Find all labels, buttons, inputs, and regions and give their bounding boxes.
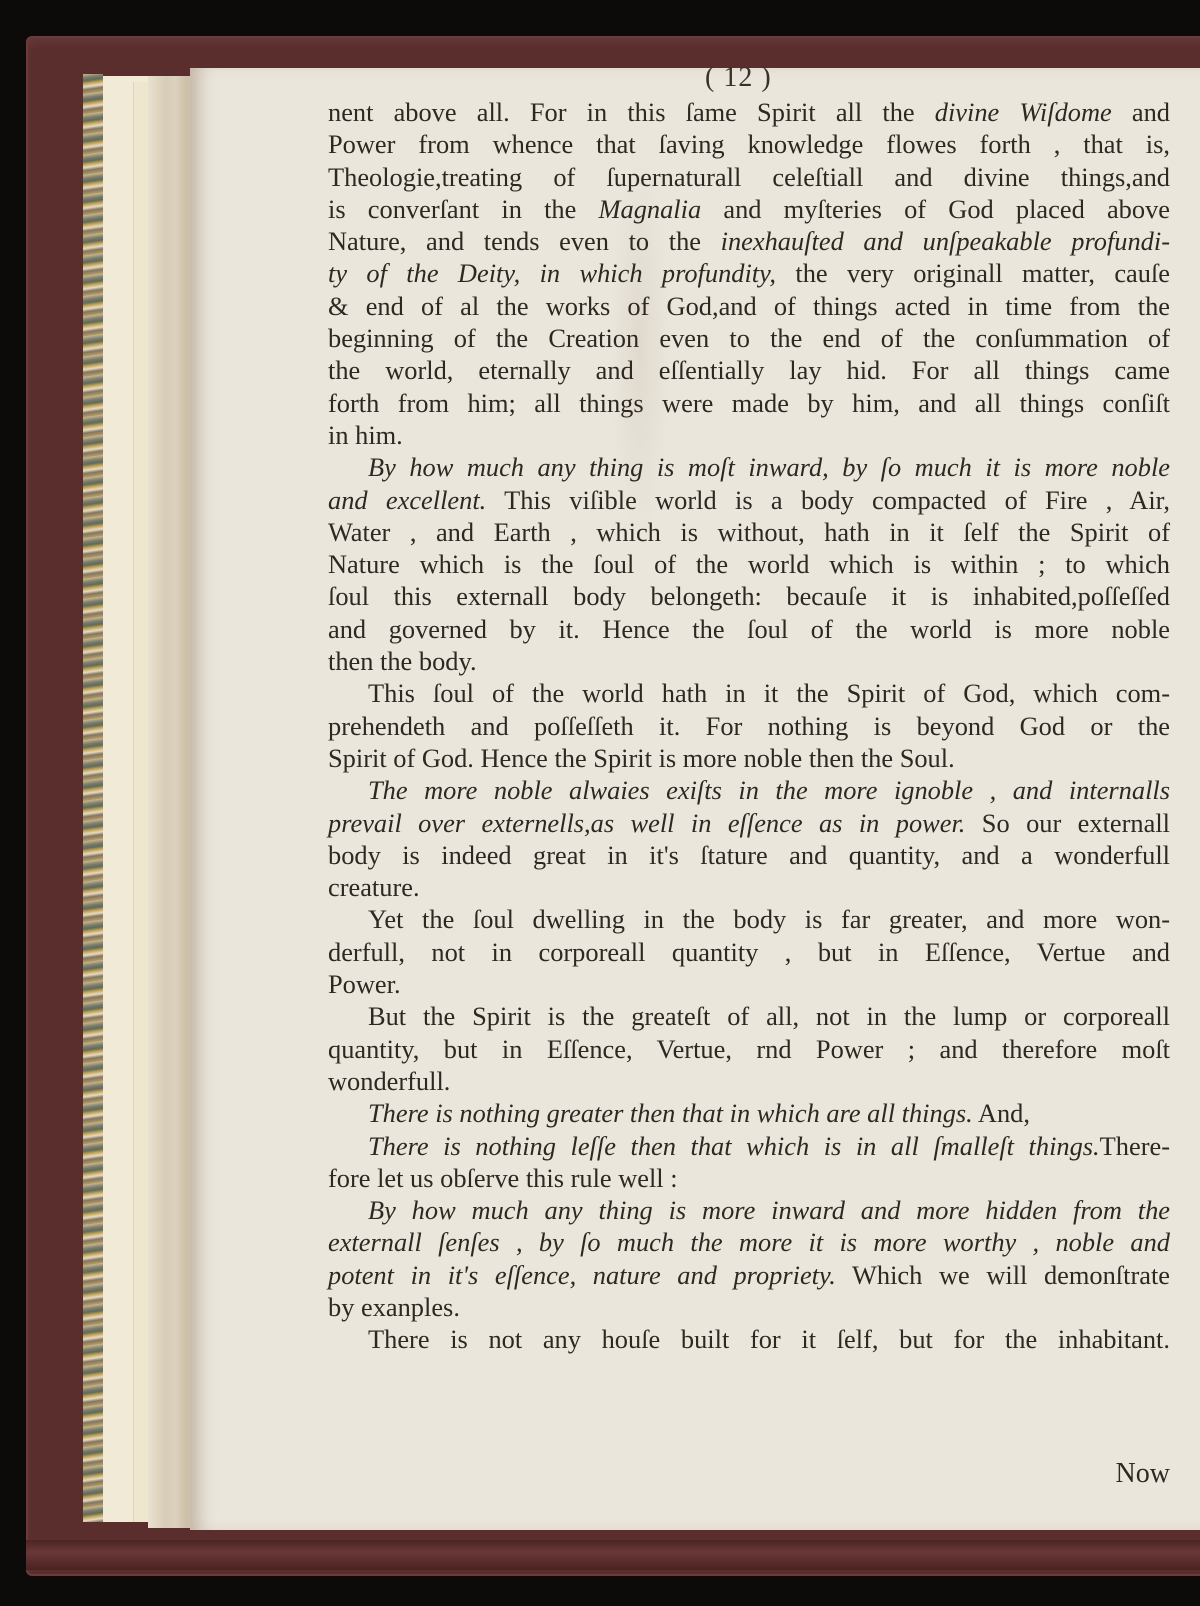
- text-line: Power from whence that ſaving knowledge …: [328, 128, 1170, 160]
- italic-text: Magnalia: [599, 194, 702, 224]
- text-line: derfull, not in corporeall quantity , bu…: [328, 936, 1170, 968]
- text-line: But the Spirit is the greateſt of all, n…: [328, 1000, 1170, 1032]
- italic-text: By how much any thing is more inward and…: [368, 1195, 1170, 1225]
- italic-text: There is nothing greater then that in wh…: [368, 1098, 973, 1128]
- text-line: ty of the Deity, in which profundity, th…: [328, 257, 1170, 289]
- body-text: nent above all. For in this ſame Spirit …: [328, 96, 1170, 1356]
- roman-text: the very originall matter, cauſe: [776, 258, 1170, 288]
- roman-text: body is indeed great in it's ſtature and…: [328, 840, 1170, 870]
- italic-text: inexhauſted and unſpeakable profundi-: [721, 226, 1170, 256]
- roman-text: creature.: [328, 872, 420, 902]
- text-line: Nature which is the ſoul of the world wh…: [328, 548, 1170, 580]
- text-line: forth from him; all things were made by …: [328, 387, 1170, 419]
- roman-text: by exanples.: [328, 1292, 460, 1322]
- italic-text: divine Wiſdome: [935, 97, 1112, 127]
- roman-text: Nature, and tends even to the: [328, 226, 721, 256]
- roman-text: Theologie,treating of ſupernaturall cele…: [328, 162, 1170, 192]
- text-line: is converſant in the Magnalia and myſter…: [328, 193, 1170, 225]
- italic-text: and excellent.: [328, 485, 486, 515]
- italic-text: externall ſenſes , by ſo much the more i…: [328, 1227, 1170, 1257]
- italic-text: By how much any thing is moſt inward, by…: [368, 452, 1170, 482]
- text-line: wonderfull.: [328, 1065, 1170, 1097]
- text-line: the world, eternally and eſſentially lay…: [328, 354, 1170, 386]
- roman-text: Water , and Earth , which is without, ha…: [328, 517, 1170, 547]
- text-line: There is nothing greater then that in wh…: [328, 1097, 1170, 1129]
- roman-text: fore let us obſerve this rule well :: [328, 1163, 678, 1193]
- roman-text: nent above all. For in this ſame Spirit …: [328, 97, 935, 127]
- roman-text: derfull, not in corporeall quantity , bu…: [328, 937, 1170, 967]
- text-line: Yet the ſoul dwelling in the body is far…: [328, 903, 1170, 935]
- roman-text: in him.: [328, 420, 403, 450]
- roman-text: But the Spirit is the greateſt of all, n…: [368, 1001, 1170, 1031]
- text-line: There is not any houſe built for it ſelf…: [328, 1323, 1170, 1355]
- text-line: fore let us obſerve this rule well :: [328, 1162, 1170, 1194]
- text-line: prehendeth and poſſeſſeth it. For nothin…: [328, 710, 1170, 742]
- text-line: There is nothing leſſe then that which i…: [328, 1130, 1170, 1162]
- roman-text: and: [1112, 97, 1170, 127]
- text-line: beginning of the Creation even to the en…: [328, 322, 1170, 354]
- text-line: By how much any thing is moſt inward, by…: [328, 451, 1170, 483]
- text-line: potent in it's eſſence, nature and propr…: [328, 1259, 1170, 1291]
- text-line: ſoul this externall body belongeth: beca…: [328, 580, 1170, 612]
- roman-text: and governed by it. Hence the ſoul of th…: [328, 614, 1170, 644]
- italic-text: ty of the Deity, in which profundity,: [328, 258, 776, 288]
- roman-text: is converſant in the: [328, 194, 599, 224]
- roman-text: beginning of the Creation even to the en…: [328, 323, 1170, 353]
- book-cover-bottom-edge: [26, 1540, 1200, 1570]
- text-line: Water , and Earth , which is without, ha…: [328, 516, 1170, 548]
- text-line: quantity, but in Eſſence, Vertue, rnd Po…: [328, 1033, 1170, 1065]
- roman-text: So our externall: [965, 808, 1170, 838]
- text-line: externall ſenſes , by ſo much the more i…: [328, 1226, 1170, 1258]
- roman-text: Power from whence that ſaving knowledge …: [328, 129, 1170, 159]
- roman-text: Power.: [328, 969, 401, 999]
- italic-text: The more noble alwaies exiſts in the mor…: [368, 775, 1170, 805]
- roman-text: wonderfull.: [328, 1066, 450, 1096]
- italic-text: prevail over externells,as well in eſſen…: [328, 808, 965, 838]
- roman-text: This viſible world is a body compacted o…: [486, 485, 1170, 515]
- text-line: Power.: [328, 968, 1170, 1000]
- text-line: & end of al the works of God,and of thin…: [328, 290, 1170, 322]
- text-line: Spirit of God. Hence the Spirit is more …: [328, 742, 1170, 774]
- text-line: and excellent. This viſible world is a b…: [328, 484, 1170, 516]
- roman-text: the world, eternally and eſſentially lay…: [328, 355, 1170, 385]
- roman-text: quantity, but in Eſſence, Vertue, rnd Po…: [328, 1034, 1170, 1064]
- roman-text: then the body.: [328, 646, 477, 676]
- text-line: and governed by it. Hence the ſoul of th…: [328, 613, 1170, 645]
- text-line: Nature, and tends even to the inexhauſte…: [328, 225, 1170, 257]
- page-number: ( 12 ): [705, 62, 772, 94]
- roman-text: prehendeth and poſſeſſeth it. For nothin…: [328, 711, 1170, 741]
- text-line: in him.: [328, 419, 1170, 451]
- roman-text: forth from him; all things were made by …: [328, 388, 1170, 418]
- text-line: This ſoul of the world hath in it the Sp…: [328, 677, 1170, 709]
- roman-text: Nature which is the ſoul of the world wh…: [328, 549, 1170, 579]
- text-line: then the body.: [328, 645, 1170, 677]
- roman-text: & end of al the works of God,and of thin…: [328, 291, 1170, 321]
- text-line: By how much any thing is more inward and…: [328, 1194, 1170, 1226]
- roman-text: There is not any houſe built for it ſelf…: [368, 1324, 1170, 1354]
- italic-text: potent in it's eſſence, nature and propr…: [328, 1260, 836, 1290]
- text-line: body is indeed great in it's ſtature and…: [328, 839, 1170, 871]
- roman-text: And,: [973, 1098, 1030, 1128]
- text-line: nent above all. For in this ſame Spirit …: [328, 96, 1170, 128]
- roman-text: and myſteries of God placed above: [701, 194, 1170, 224]
- text-line: The more noble alwaies exiſts in the mor…: [328, 774, 1170, 806]
- text-line: Theologie,treating of ſupernaturall cele…: [328, 161, 1170, 193]
- text-line: prevail over externells,as well in eſſen…: [328, 807, 1170, 839]
- roman-text: This ſoul of the world hath in it the Sp…: [368, 678, 1170, 708]
- catchword: Now: [328, 1458, 1170, 1490]
- roman-text: ſoul this externall body belongeth: beca…: [328, 581, 1170, 611]
- text-line: creature.: [328, 871, 1170, 903]
- italic-text: There is nothing leſſe then that which i…: [368, 1131, 1100, 1161]
- roman-text: There-: [1100, 1131, 1170, 1161]
- text-line: by exanples.: [328, 1291, 1170, 1323]
- roman-text: Yet the ſoul dwelling in the body is far…: [368, 904, 1170, 934]
- roman-text: Which we will demonſtrate: [836, 1260, 1170, 1290]
- roman-text: Spirit of God. Hence the Spirit is more …: [328, 743, 955, 773]
- marbled-endpaper: [83, 74, 103, 1522]
